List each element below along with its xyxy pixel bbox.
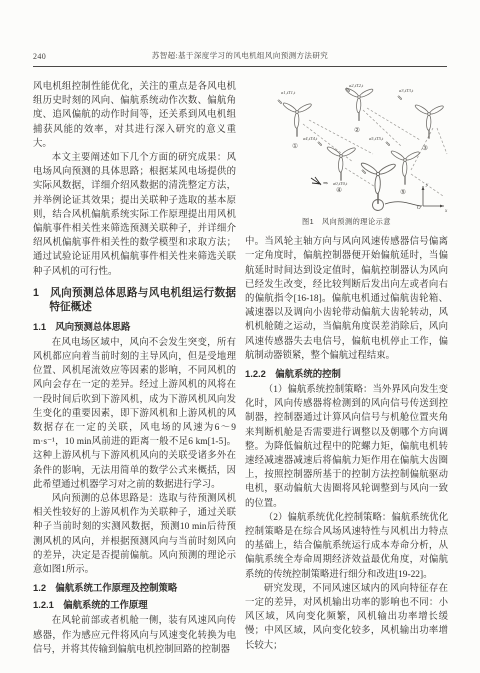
page-header: 240 苏智超:基于深度学习的风电机组风向预测方法研究 <box>33 50 447 67</box>
wind-turbine-icon <box>326 146 356 181</box>
wind-turbine-icon <box>282 102 312 137</box>
journal-page: 240 苏智超:基于深度学习的风电机组风向预测方法研究 风电机组控制性能优化，关… <box>0 0 480 673</box>
axis-y-label: y <box>425 183 429 188</box>
section-heading-1-1: 1.1 风向预测总体思路 <box>33 320 236 333</box>
svg-text:⇘: ⇘ <box>277 98 283 106</box>
svg-text:⇘: ⇘ <box>385 140 391 148</box>
turbine-number: ② <box>354 126 360 134</box>
two-column-body: 风电机组控制性能优化，关注的重点是各风电机组历史时刻的风向、偏航系统动作次数、偏… <box>33 80 447 657</box>
paragraph: 在风电场区域中，风向不会发生突变，所有风机都应向着当前时刻的主导风向，但是受地理… <box>33 336 236 492</box>
wind-glyph: ⇒ <box>323 181 328 187</box>
coordinate-axes <box>385 186 444 207</box>
section-heading-1-2: 1.2 偏航系统工作原理及控制策略 <box>33 581 236 594</box>
figure-caption: 图1 风向预测的理论示意 <box>245 215 448 229</box>
turbine-number: ③ <box>422 144 428 152</box>
section-heading-1-2-2: 1.2.2 偏航系统的控制 <box>245 367 448 380</box>
turbine-number: ④ <box>336 186 342 194</box>
paragraph: （2）偏航系统优化控制策略：偏航系统优化控制策略是在综合风场风速特性与风机出力特… <box>245 511 448 582</box>
turbine-label: a2,tT2,t <box>349 83 364 89</box>
paragraph: 风向预测的总体思路是：选取与待预测风机相关性较好的上游风机作为关联种子，通过关联… <box>33 492 236 577</box>
paragraph: 本文主要阐述如下几个方面的研究成果：风电场风向预测的具体思路；根据某风电场提供的… <box>33 151 236 279</box>
running-title: 苏智超:基于深度学习的风电机组风向预测方法研究 <box>93 50 387 61</box>
paragraph: 研究发现，不同风速区域内的风向特征存在一定的差异，对风机输出功率的影响也不同：小… <box>245 582 448 653</box>
paragraph: 在风轮前部或者机舱一侧，装有风速风向传感器，作为感应元件将风向与风速变化转换为电… <box>33 614 236 657</box>
section-heading-1-2-1: 1.2.1 偏航系统的工作原理 <box>33 598 236 611</box>
paragraph: （1）偏航系统控制策略：当外界风向发生变化时，风向传感器将检测到的风向信号传送到… <box>245 383 448 511</box>
turbine-number: ⑤ <box>400 188 406 196</box>
paragraph: 风电机组控制性能优化，关注的重点是各风电机组历史时刻的风向、偏航系统动作次数、偏… <box>33 80 236 151</box>
wind-turbine-icon <box>414 104 444 139</box>
svg-text:⇘: ⇘ <box>361 168 367 176</box>
section-heading-1: 1 风向预测总体思路与风电机组运行数据特征概述 <box>33 286 236 315</box>
left-column: 风电机组控制性能优化，关注的重点是各风电机组历史时刻的风向、偏航系统动作次数、偏… <box>33 80 236 657</box>
svg-text:⇘: ⇘ <box>317 140 323 148</box>
figure-1: ⇘ ⇘ ⇘ ⇘ ⇘ ⇘ a1,tT1,t a2,tT2,t a3,tT3,t a… <box>245 82 448 229</box>
paragraph: 中。当风轮主轴方向与风向风速传感器信号偏离一定角度时，偏航控制器便开始偏航延时，… <box>245 235 448 363</box>
turbine-label: a4,tT4,t <box>303 136 318 142</box>
axis-x-label: x <box>444 209 448 214</box>
turbine-label: a1,tT1,t <box>281 90 296 96</box>
turbine-number: ① <box>292 142 298 150</box>
turbine-label: a5,tT5,t <box>369 136 384 142</box>
svg-text:⇘: ⇘ <box>397 94 403 102</box>
axis-origin-label: O <box>417 206 421 211</box>
wind-farm-diagram: ⇘ ⇘ ⇘ ⇘ ⇘ ⇘ a1,tT1,t a2,tT2,t a3,tT3,t a… <box>245 82 448 214</box>
wind-source-symbol: ⇒ a0,tT0,t <box>311 177 348 187</box>
right-column: ⇘ ⇘ ⇘ ⇘ ⇘ ⇘ a1,tT1,t a2,tT2,t a3,tT3,t a… <box>245 80 448 657</box>
page-number: 240 <box>33 52 93 61</box>
